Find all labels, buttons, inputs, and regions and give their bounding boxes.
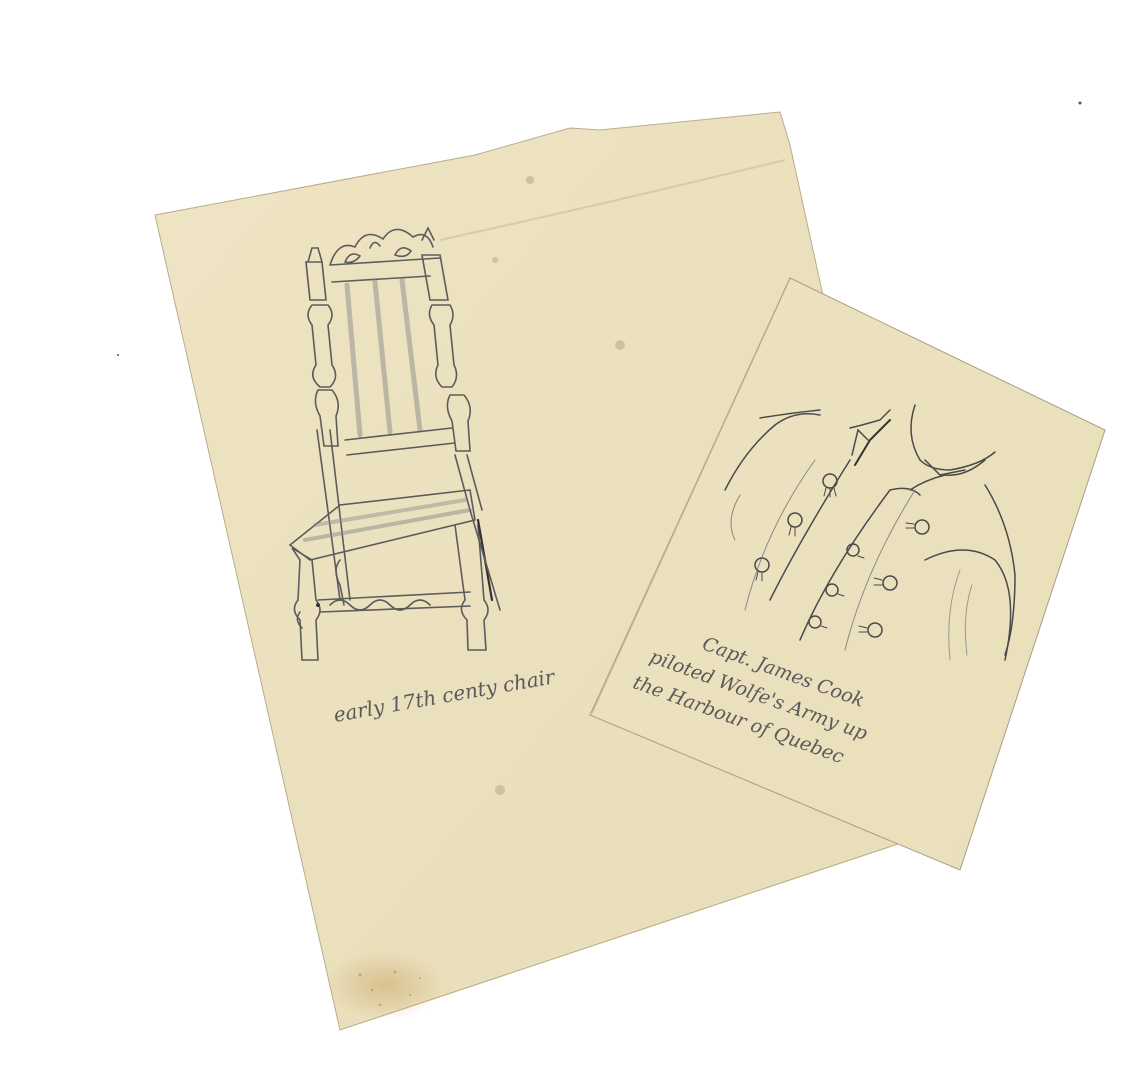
photo-scene: early 17th centy chair: [0, 0, 1144, 1080]
foxing-stain: [325, 950, 445, 1020]
